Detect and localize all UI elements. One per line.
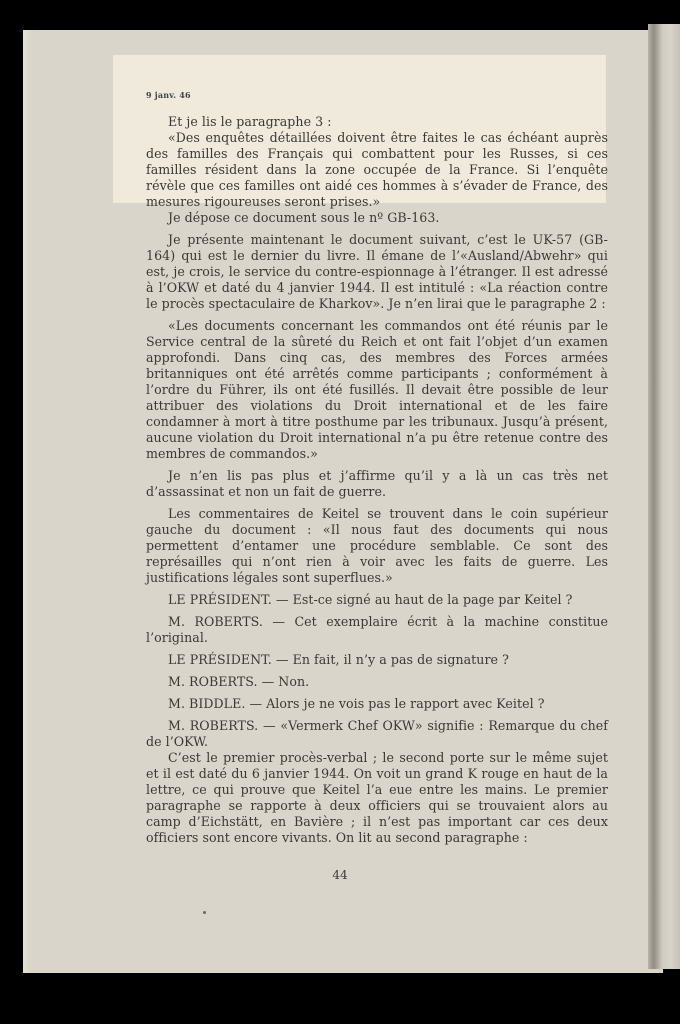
- quoted-paragraph-3: «Des enquêtes détaillées doivent être fa…: [146, 130, 608, 210]
- dialogue-president-2: LE PRÉSIDENT. — En fait, il n’y a pas de…: [146, 652, 608, 668]
- quoted-paragraph-2: «Les documents concernant les commandos …: [146, 318, 608, 462]
- page-body: Et je lis le paragraphe 3 : «Des enquête…: [146, 114, 608, 846]
- paragraph-deposit: Je dépose ce document sous le nº GB-163.: [146, 210, 608, 226]
- paragraph-second-report: C’est le premier procès-verbal ; le seco…: [146, 750, 608, 846]
- paragraph-assassination: Je n’en lis pas plus et j’affirme qu’il …: [146, 468, 608, 500]
- dialogue-roberts-1: M. ROBERTS. — Cet exemplaire écrit à la …: [146, 614, 608, 646]
- dialogue-roberts-3: M. ROBERTS. — «Vermerk Chef OKW» signifi…: [146, 718, 608, 750]
- dialogue-roberts-2: M. ROBERTS. — Non.: [146, 674, 608, 690]
- dialogue-biddle: M. BIDDLE. — Alors je ne vois pas le rap…: [146, 696, 608, 712]
- paragraph-intro: Et je lis le paragraphe 3 :: [146, 114, 608, 130]
- dialogue-president-1: LE PRÉSIDENT. — Est-ce signé au haut de …: [146, 592, 608, 608]
- paper-speck: [203, 911, 206, 914]
- paragraph-keitel-comments: Les commentaires de Keitel se trouvent d…: [146, 506, 608, 586]
- paragraph-uk57: Je présente maintenant le document suiva…: [146, 232, 608, 312]
- page-number: 44: [0, 868, 680, 882]
- book-spine-edge: [648, 24, 680, 969]
- running-head-date: 9 janv. 46: [146, 90, 191, 100]
